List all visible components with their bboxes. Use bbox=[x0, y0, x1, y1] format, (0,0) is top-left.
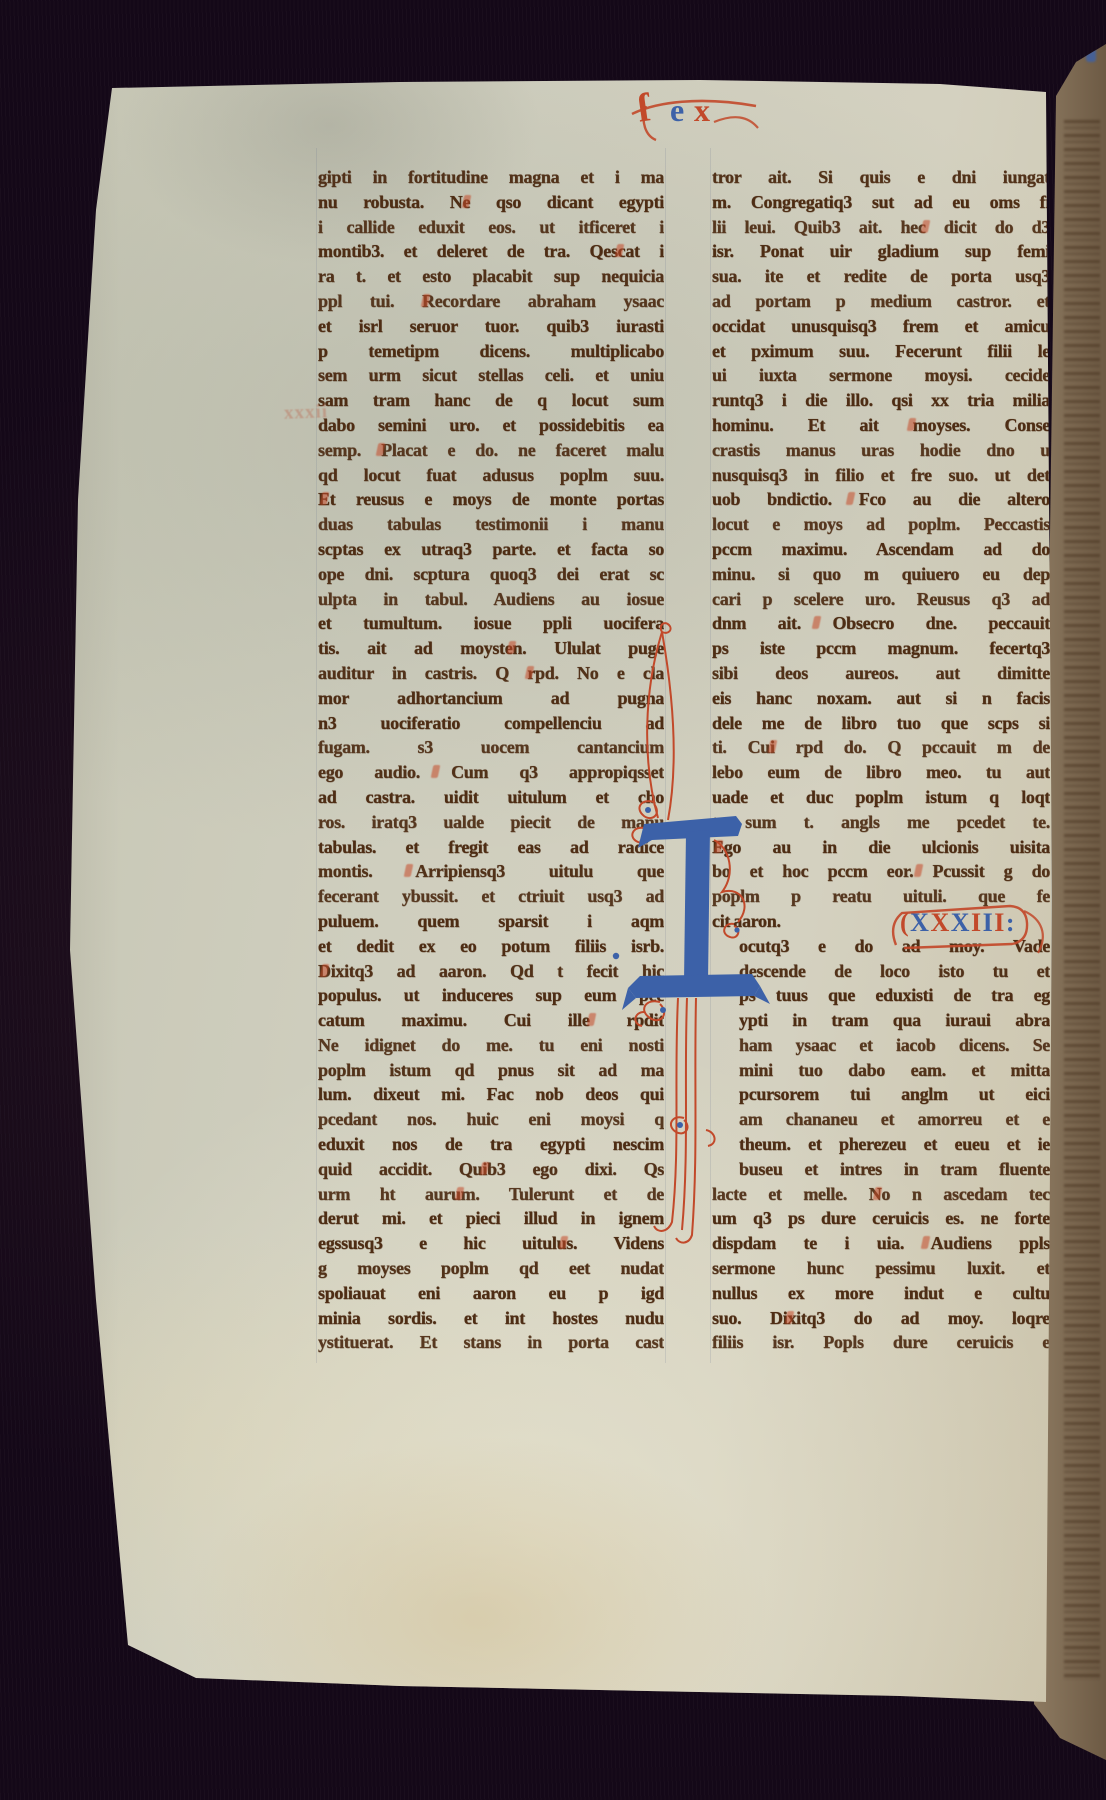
bleedthrough-chapter-number: xxxii bbox=[284, 401, 329, 425]
text-line: ad portam p medium castror. et bbox=[712, 289, 1050, 314]
text-line: dabo semini uro. et possidebitis ea bbox=[318, 413, 664, 438]
text-line: nu robusta. Ne qso dicant egypti bbox=[318, 190, 664, 215]
text-line: hominu. Et ait moyses. Conse bbox=[712, 413, 1050, 438]
text-line: sam tram hanc de q locut sum bbox=[318, 388, 664, 413]
text-line: tror ait. Si quis e dni iungat bbox=[712, 165, 1050, 190]
text-line: qd locut fuat adusus poplm suu. bbox=[318, 463, 664, 488]
initial-body bbox=[613, 807, 770, 1128]
colored-letter: : bbox=[1006, 908, 1016, 937]
colored-letter: I bbox=[994, 908, 1006, 937]
photo-background: ſ e x gipti in fortitudine magna et i ma… bbox=[0, 0, 1106, 1800]
text-line: ystituerat. Et stans in porta cast bbox=[318, 1330, 664, 1355]
text-line: isr. Ponat uir gladium sup femi bbox=[712, 239, 1050, 264]
colored-letter: X bbox=[951, 908, 971, 937]
text-line: semp. Placat e do. ne faceret malu bbox=[318, 438, 664, 463]
text-line: et isrl seruor tuor. quib3 iurasti bbox=[318, 314, 664, 339]
text-line: sua. ite et redite de porta usq3 bbox=[712, 264, 1050, 289]
text-line: lii leui. Quib3 ait. hec dicit do d3 bbox=[712, 215, 1050, 240]
colored-letter: ( bbox=[900, 908, 910, 937]
header-letter-e: e bbox=[670, 92, 684, 129]
text-line: montib3. et deleret de tra. Qescat i bbox=[318, 239, 664, 264]
text-line: m. Congregatiq3 sut ad eu oms fi bbox=[712, 190, 1050, 215]
text-line: crastis manus uras hodie dno u bbox=[712, 438, 1050, 463]
text-line: nusquisq3 in filio et fre suo. ut det bbox=[712, 463, 1050, 488]
text-line: gipti in fortitudine magna et i ma bbox=[318, 165, 664, 190]
fore-edge-page-text bbox=[1064, 120, 1100, 1680]
text-line: occidat unusquisq3 frem et amicu bbox=[712, 314, 1050, 339]
fore-edge-blue-mark bbox=[1086, 48, 1096, 62]
text-line: spoliauat eni aaron eu p igd bbox=[318, 1281, 664, 1306]
text-line: ui iuxta sermone moysi. cecide bbox=[712, 363, 1050, 388]
text-line: nullus ex more indut e cultu bbox=[712, 1281, 1050, 1306]
text-line: p temetipm dicens. multiplicabo bbox=[318, 339, 664, 364]
manuscript-page: ſ e x gipti in fortitudine magna et i ma… bbox=[0, 0, 1106, 1800]
header-letter-x: x bbox=[694, 92, 710, 129]
colored-letter: I bbox=[983, 908, 995, 937]
running-header-ex: ſ e x bbox=[630, 84, 760, 148]
colored-letter: X bbox=[910, 908, 930, 937]
text-line: et pximum suu. Fecerunt filii le bbox=[712, 339, 1050, 364]
colored-letter: X bbox=[930, 908, 950, 937]
text-line: i callide eduxit eos. ut itficeret i bbox=[318, 215, 664, 240]
text-line: ppl tui. Recordare abraham ysaac bbox=[318, 289, 664, 314]
illuminated-initial-L bbox=[556, 540, 786, 1260]
text-line: runtq3 i die illo. qsi xx tria milia bbox=[712, 388, 1050, 413]
ruling-line bbox=[316, 148, 317, 1363]
chapter-number-text: (XXXIII: bbox=[900, 908, 1016, 938]
colored-letter: I bbox=[971, 908, 983, 937]
text-line: locut e moys ad poplm. Peccastis bbox=[712, 512, 1050, 537]
chapter-number-xxxiii: (XXXIII: bbox=[886, 901, 1052, 955]
text-line: sem urm sicut stellas celi. et uniu bbox=[318, 363, 664, 388]
text-line: minia sordis. et int hostes nudu bbox=[318, 1306, 664, 1331]
text-line: duas tabulas testimonii i manu bbox=[318, 512, 664, 537]
text-line: suo. Dixitq3 do ad moy. loqre bbox=[712, 1306, 1050, 1331]
text-line: filiis isr. Popls dure ceruicis e bbox=[712, 1330, 1050, 1355]
text-line: ra t. et esto placabit sup nequicia bbox=[318, 264, 664, 289]
text-line: Et reusus e moys de monte portas bbox=[318, 487, 664, 512]
text-line: uob bndictio. Fco au die altero bbox=[712, 487, 1050, 512]
